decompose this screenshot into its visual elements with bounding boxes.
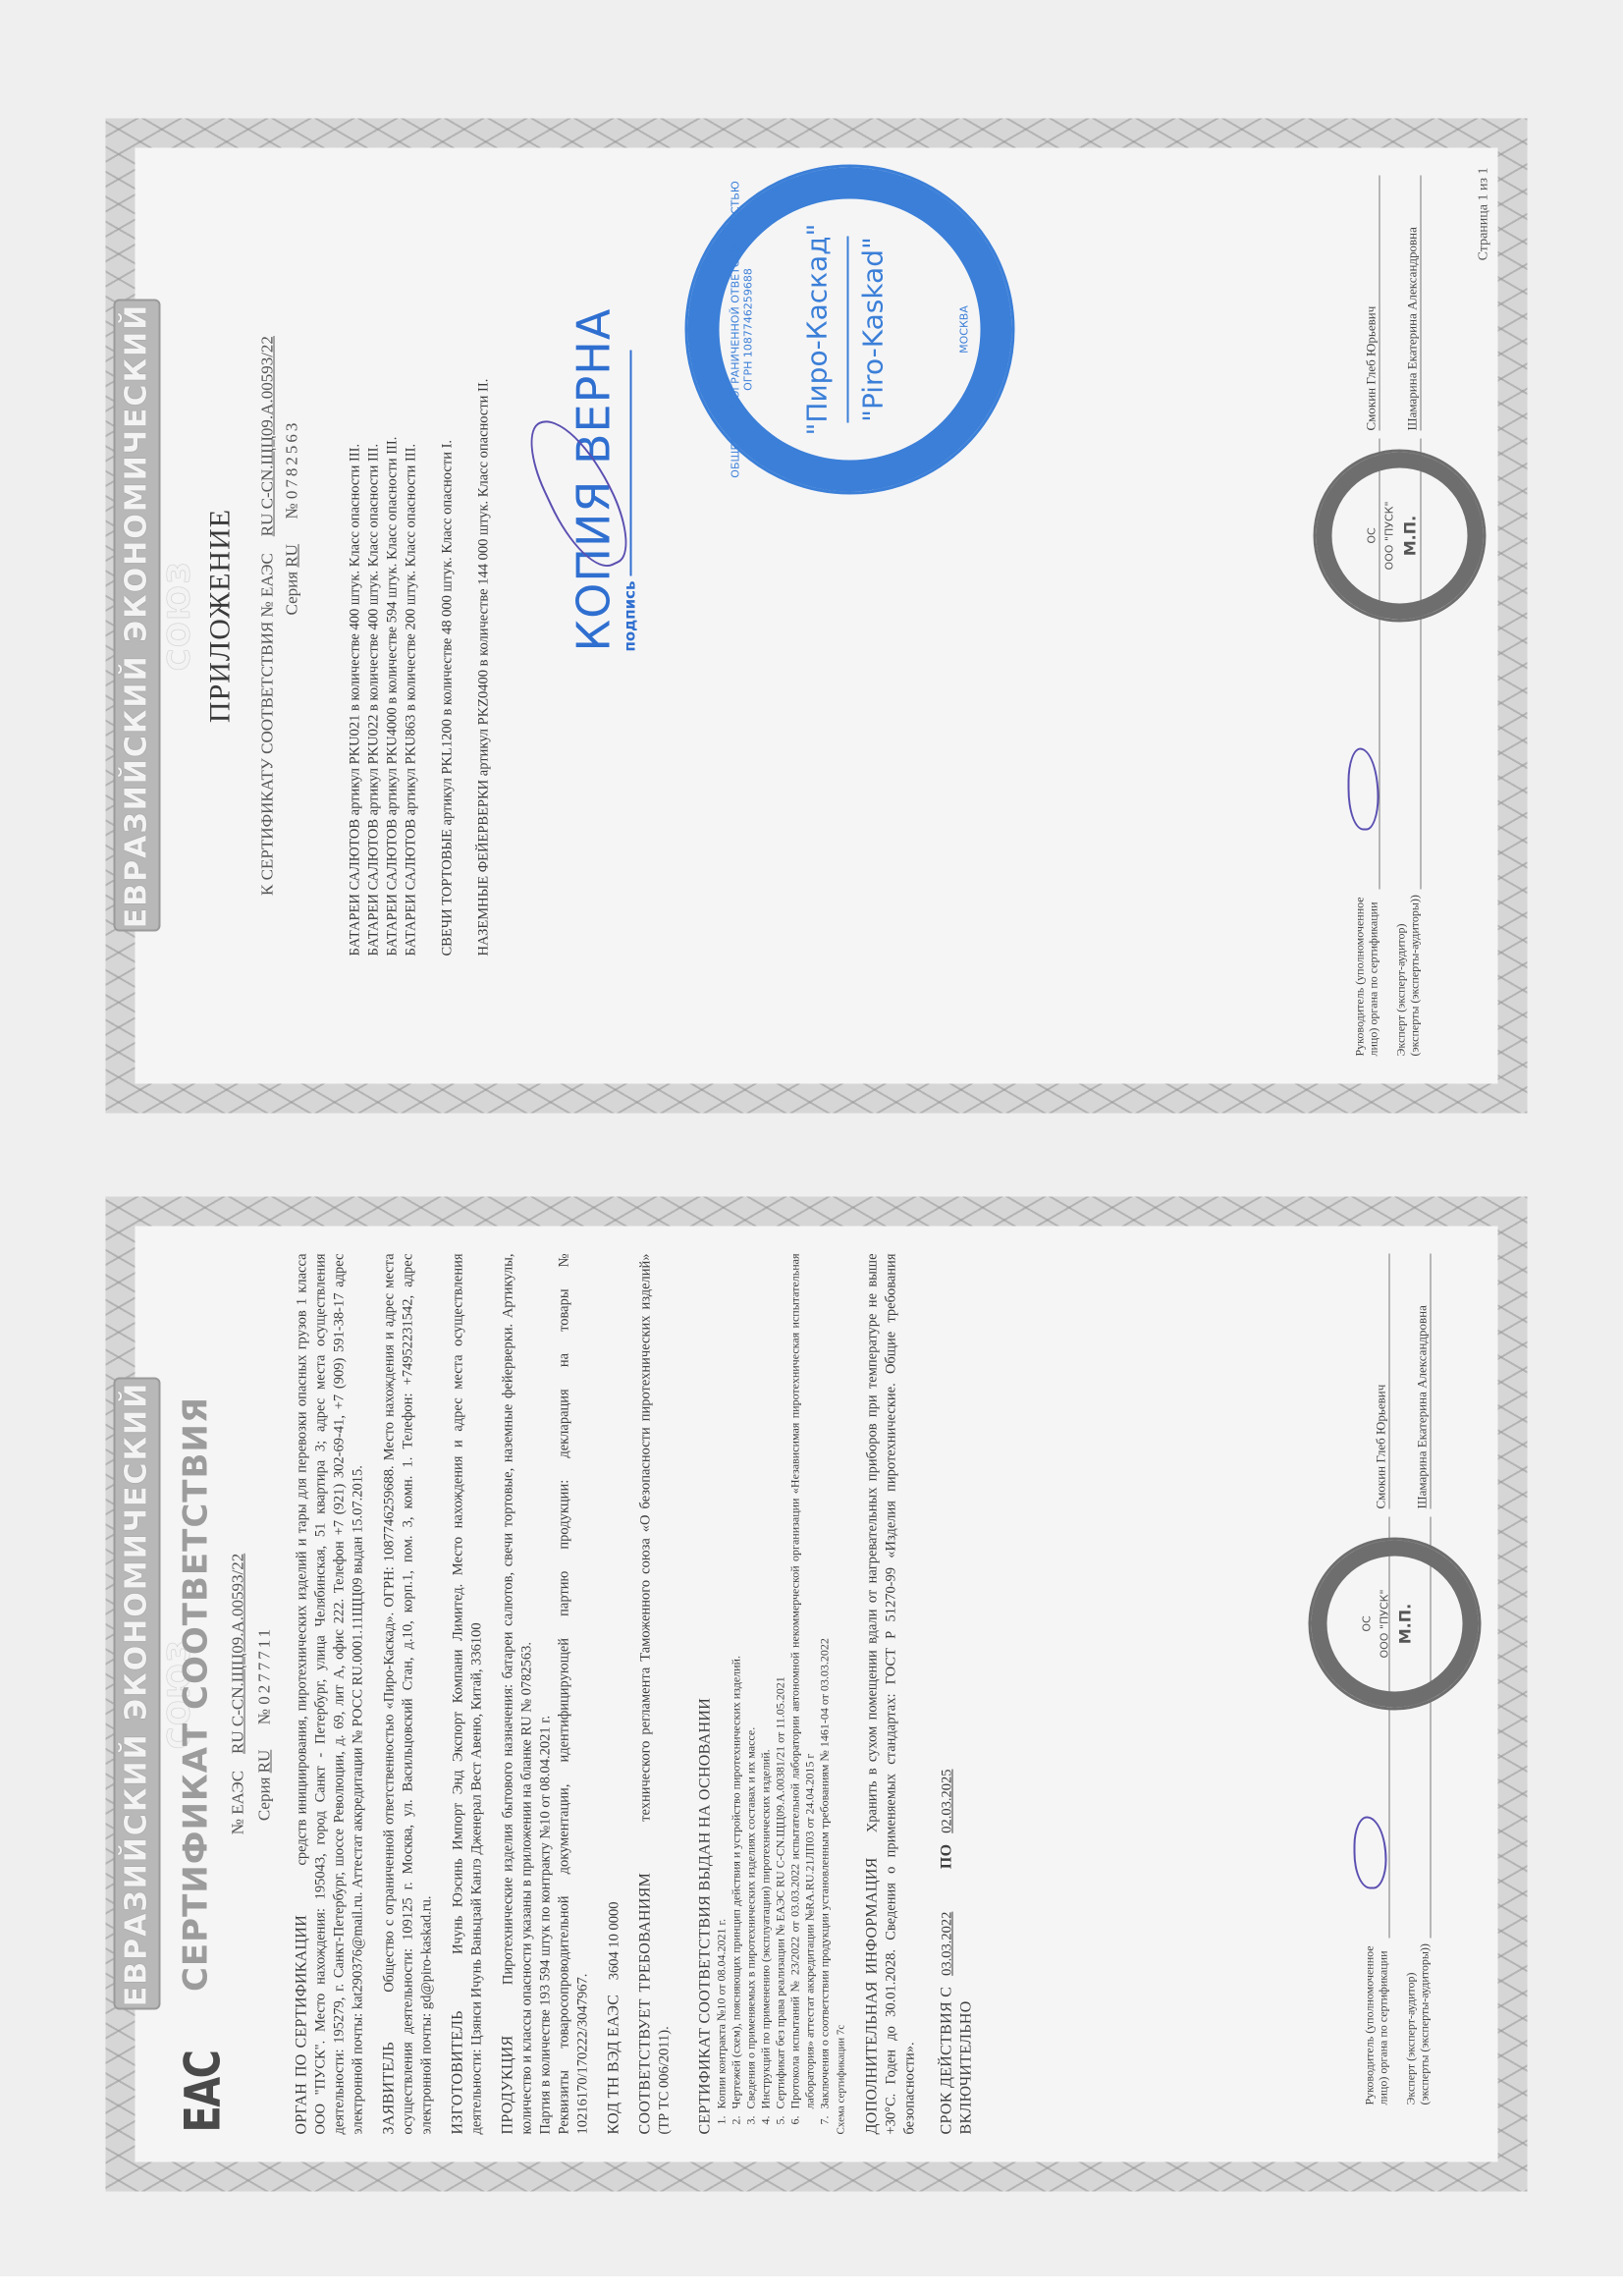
blank-number-label: № xyxy=(282,503,300,519)
appendix-items: БАТАРЕИ САЛЮТОВ артикул PKU021 в количес… xyxy=(346,175,493,956)
basis-list: Копии контракта №10 от 08.04.2021 г. Чер… xyxy=(714,1254,832,2135)
appendix-page: ЕВРАЗИЙСКИЙ ЭКОНОМИЧЕСКИЙ СОЮЗ ПРИЛОЖЕНИ… xyxy=(105,118,1527,1113)
list-item: БАТАРЕИ САЛЮТОВ артикул PKU4000 в количе… xyxy=(383,175,402,956)
list-item: БАТАРЕИ САЛЮТОВ артикул PKU021 в количес… xyxy=(346,175,364,956)
head-label-2: лицо) органа по сертификации xyxy=(1366,889,1380,1056)
certification-body-stamp: ОС ООО "ПУСК" М.П. xyxy=(1313,449,1486,622)
series-value: RU xyxy=(254,1750,273,1774)
blank-number: 0277711 xyxy=(254,1626,273,1705)
expert-name: Шамарина Екатерина Александровна xyxy=(1404,175,1421,430)
section-manufacturer: ИЗГОТОВИТЕЛЬ Ичунь Юэсинь Импорт Энд Экс… xyxy=(448,1254,486,2135)
section-applicant: ЗАЯВИТЕЛЬ Общество с ограниченной ответс… xyxy=(379,1254,436,2135)
section-heading: СЕРТИФИКАТ СООТВЕТСТВИЯ ВЫДАН НА ОСНОВАН… xyxy=(695,1254,714,2135)
list-item: СВЕЧИ ТОРТОВЫЕ артикул PKL1200 в количес… xyxy=(438,175,457,956)
appendix-cert-ref: К СЕРТИФИКАТУ СООТВЕТСТВИЯ № ЕАЭС RU C-C… xyxy=(257,147,277,1083)
product-batch: Партия в количестве 193 594 штук по конт… xyxy=(536,1254,555,2135)
stamp-ring-text: ОБЩЕСТВО С ОГРАНИЧЕННОЙ ОТВЕТСТВЕННОСТЬЮ… xyxy=(729,167,754,491)
section-heading: СООТВЕТСТВУЕТ ТРЕБОВАНИЯМ xyxy=(636,1873,653,2135)
head-label-2: лицо) органа по сертификации xyxy=(1376,1939,1389,2105)
appendix-series: Серия RU № 0782563 xyxy=(282,147,301,1083)
expert-label-2: (эксперты (эксперты-аудиторы)) xyxy=(1407,889,1421,1056)
section-text: Пиротехнические изделия бытового назначе… xyxy=(500,1253,534,2134)
expert-name: Шамарина Екатерина Александровна xyxy=(1414,1254,1431,1509)
to-certificate-label: К СЕРТИФИКАТУ СООТВЕТСТВИЯ № ЕАЭС xyxy=(257,553,276,896)
validity-from-label: СРОК ДЕЙСТВИЯ С xyxy=(938,1987,954,2135)
appendix-title: ПРИЛОЖЕНИЕ xyxy=(203,147,237,1083)
section-basis: СЕРТИФИКАТ СООТВЕТСТВИЯ ВЫДАН НА ОСНОВАН… xyxy=(695,1254,850,2135)
certificate-number-line: № ЕАЭС RU C-CN.ЩЦ09.А.00593/22 xyxy=(228,1227,247,2162)
blank-number: 0782563 xyxy=(282,419,300,499)
section-tn-ved: КОД ТН ВЭД ЕАЭС 3604 10 0000 xyxy=(604,1254,623,2135)
validity-from-date: 03.03.2022 xyxy=(939,1912,954,1976)
section-validity: СРОК ДЕЙСТВИЯ С 03.03.2022 ПО 02.03.2025… xyxy=(937,1254,975,2135)
stamp-name-ru: "Пиро-Каскад" xyxy=(800,167,833,491)
validity-inclusive: ВКЛЮЧИТЕЛЬНО xyxy=(956,1254,975,2135)
certificate-title: СЕРТИФИКАТ СООТВЕТСТВИЯ xyxy=(176,1227,215,2162)
stamp-line: М.П. xyxy=(1395,1541,1414,1708)
section-product: ПРОДУКЦИЯ Пиротехнические изделия бытово… xyxy=(498,1254,592,2135)
union-banner: ЕВРАЗИЙСКИЙ ЭКОНОМИЧЕСКИЙ СОЮЗ xyxy=(113,300,160,932)
expert-label-2: (эксперты (эксперты-аудиторы)) xyxy=(1417,1939,1431,2105)
section-additional: ДОПОЛНИТЕЛЬНАЯ ИНФОРМАЦИЯ Хранить в сухо… xyxy=(862,1254,919,2135)
section-cert-body: ОРГАН ПО СЕРТИФИКАЦИИ средств инициирова… xyxy=(292,1254,367,2135)
section-text: Ичунь Юэсинь Импорт Энд Экспорт Компани … xyxy=(450,1253,484,2134)
section-heading: ИЗГОТОВИТЕЛЬ xyxy=(449,2010,465,2134)
list-item: БАТАРЕИ САЛЮТОВ артикул PKU022 в количес… xyxy=(364,175,383,956)
list-item: НАЗЕМНЫЕ ФЕЙЕРВЕРКИ артикул PKZ0400 в ко… xyxy=(474,175,493,956)
product-requisites: Реквизиты товаросопроводительной докумен… xyxy=(555,1254,592,2135)
list-item: Копии контракта №10 от 08.04.2021 г. xyxy=(714,1254,729,2113)
section-heading: ОРГАН ПО СЕРТИФИКАЦИИ xyxy=(293,1915,309,2135)
union-banner: ЕВРАЗИЙСКИЙ ЭКОНОМИЧЕСКИЙ СОЮЗ xyxy=(113,1378,160,2010)
list-item: Чертежей (схем), поясняющих принцип дейс… xyxy=(729,1254,743,2113)
certificate-content: ЕВРАЗИЙСКИЙ ЭКОНОМИЧЕСКИЙ СОЮЗ ЕАС СЕРТИ… xyxy=(135,1227,1497,2162)
list-item: Инструкций по применению (эксплуатации) … xyxy=(758,1254,773,2113)
expert-label: Эксперт (эксперт-аудитор) xyxy=(1403,1939,1417,2105)
blank-number-label: № xyxy=(254,1709,273,1724)
series-label: Серия xyxy=(282,571,300,615)
stamp-line: М.П. xyxy=(1400,452,1419,619)
list-item: Сертификат без права реализации № ЕАЭС R… xyxy=(773,1254,787,2113)
guilloche-border: ЕВРАЗИЙСКИЙ ЭКОНОМИЧЕСКИЙ СОЮЗ ЕАС СЕРТИ… xyxy=(105,1197,1527,2192)
certificate-page: ЕВРАЗИЙСКИЙ ЭКОНОМИЧЕСКИЙ СОЮЗ ЕАС СЕРТИ… xyxy=(105,1197,1527,2192)
section-heading: КОД ТН ВЭД ЕАЭС xyxy=(605,1995,622,2135)
section-heading: ЗАЯВИТЕЛЬ xyxy=(380,2042,397,2135)
list-item: Протокола испытаний № 23/2022 от 03.03.2… xyxy=(787,1254,817,2113)
appendix-content: ЕВРАЗИЙСКИЙ ЭКОНОМИЧЕСКИЙ СОЮЗ ПРИЛОЖЕНИ… xyxy=(135,147,1497,1083)
company-stamp: ОБЩЕСТВО С ОГРАНИЧЕННОЙ ОТВЕТСТВЕННОСТЬЮ… xyxy=(684,164,1014,494)
head-label: Руководитель (уполномоченное xyxy=(1352,889,1366,1056)
stamp-line: ООО "ПУСК" xyxy=(1378,1541,1390,1708)
list-item: БАТАРЕИ САЛЮТОВ артикул PKU863 в количес… xyxy=(402,175,420,956)
certification-scheme: Схема сертификации 7с xyxy=(832,1254,850,2135)
section-conformity: СООТВЕТСТВУЕТ ТРЕБОВАНИЯМ технического р… xyxy=(635,1254,674,2135)
validity-to-date: 02.03.2025 xyxy=(939,1770,954,1833)
head-name: Смокин Глеб Юрьевич xyxy=(1363,175,1380,430)
copy-mark-signature-label: подпись xyxy=(621,580,638,651)
certificate-series: Серия RU № 0277711 xyxy=(254,1227,274,2162)
section-heading: ДОПОЛНИТЕЛЬНАЯ ИНФОРМАЦИЯ xyxy=(863,1857,880,2134)
signature-icon xyxy=(1347,747,1379,830)
validity-to-label: ПО xyxy=(938,1844,954,1870)
series-value: RU xyxy=(282,544,300,568)
series-label: Серия xyxy=(254,1777,273,1822)
page-number: Страница 1 из 1 xyxy=(1476,167,1491,260)
certification-body-stamp: ОС ООО "ПУСК" М.П. xyxy=(1308,1538,1481,1711)
stamp-line: ОС xyxy=(1360,1541,1373,1708)
stamp-name-en: "Piro-Kaskad" xyxy=(856,167,889,491)
section-text: Общество с ограниченной ответственностью… xyxy=(381,1253,434,2134)
list-item: Заключения о соответствии продукции уста… xyxy=(817,1254,832,2113)
guilloche-border: ЕВРАЗИЙСКИЙ ЭКОНОМИЧЕСКИЙ СОЮЗ ПРИЛОЖЕНИ… xyxy=(105,118,1527,1113)
stamp-city: МОСКВА xyxy=(957,167,970,491)
certificate-number: RU C-CN.ЩЦ09.А.00593/22 xyxy=(228,1554,246,1754)
certificate-body: ОРГАН ПО СЕРТИФИКАЦИИ средств инициирова… xyxy=(292,1254,987,2135)
signature-icon xyxy=(1353,1817,1386,1889)
stamp-line: ОС xyxy=(1365,452,1378,619)
head-label: Руководитель (уполномоченное xyxy=(1362,1939,1376,2105)
list-item: Сведения о применяемых в пиротехнических… xyxy=(743,1254,758,2113)
tn-ved-code: 3604 10 0000 xyxy=(606,1902,622,1981)
number-label: № ЕАЭС xyxy=(228,1771,246,1834)
head-name: Смокин Глеб Юрьевич xyxy=(1373,1254,1389,1509)
stamp-line: ООО "ПУСК" xyxy=(1382,452,1395,619)
certificate-number: RU C-CN.ЩЦ09.А.00593/22 xyxy=(257,336,276,536)
section-heading: ПРОДУКЦИЯ xyxy=(499,2036,515,2135)
expert-label: Эксперт (эксперт-аудитор) xyxy=(1393,889,1407,1056)
